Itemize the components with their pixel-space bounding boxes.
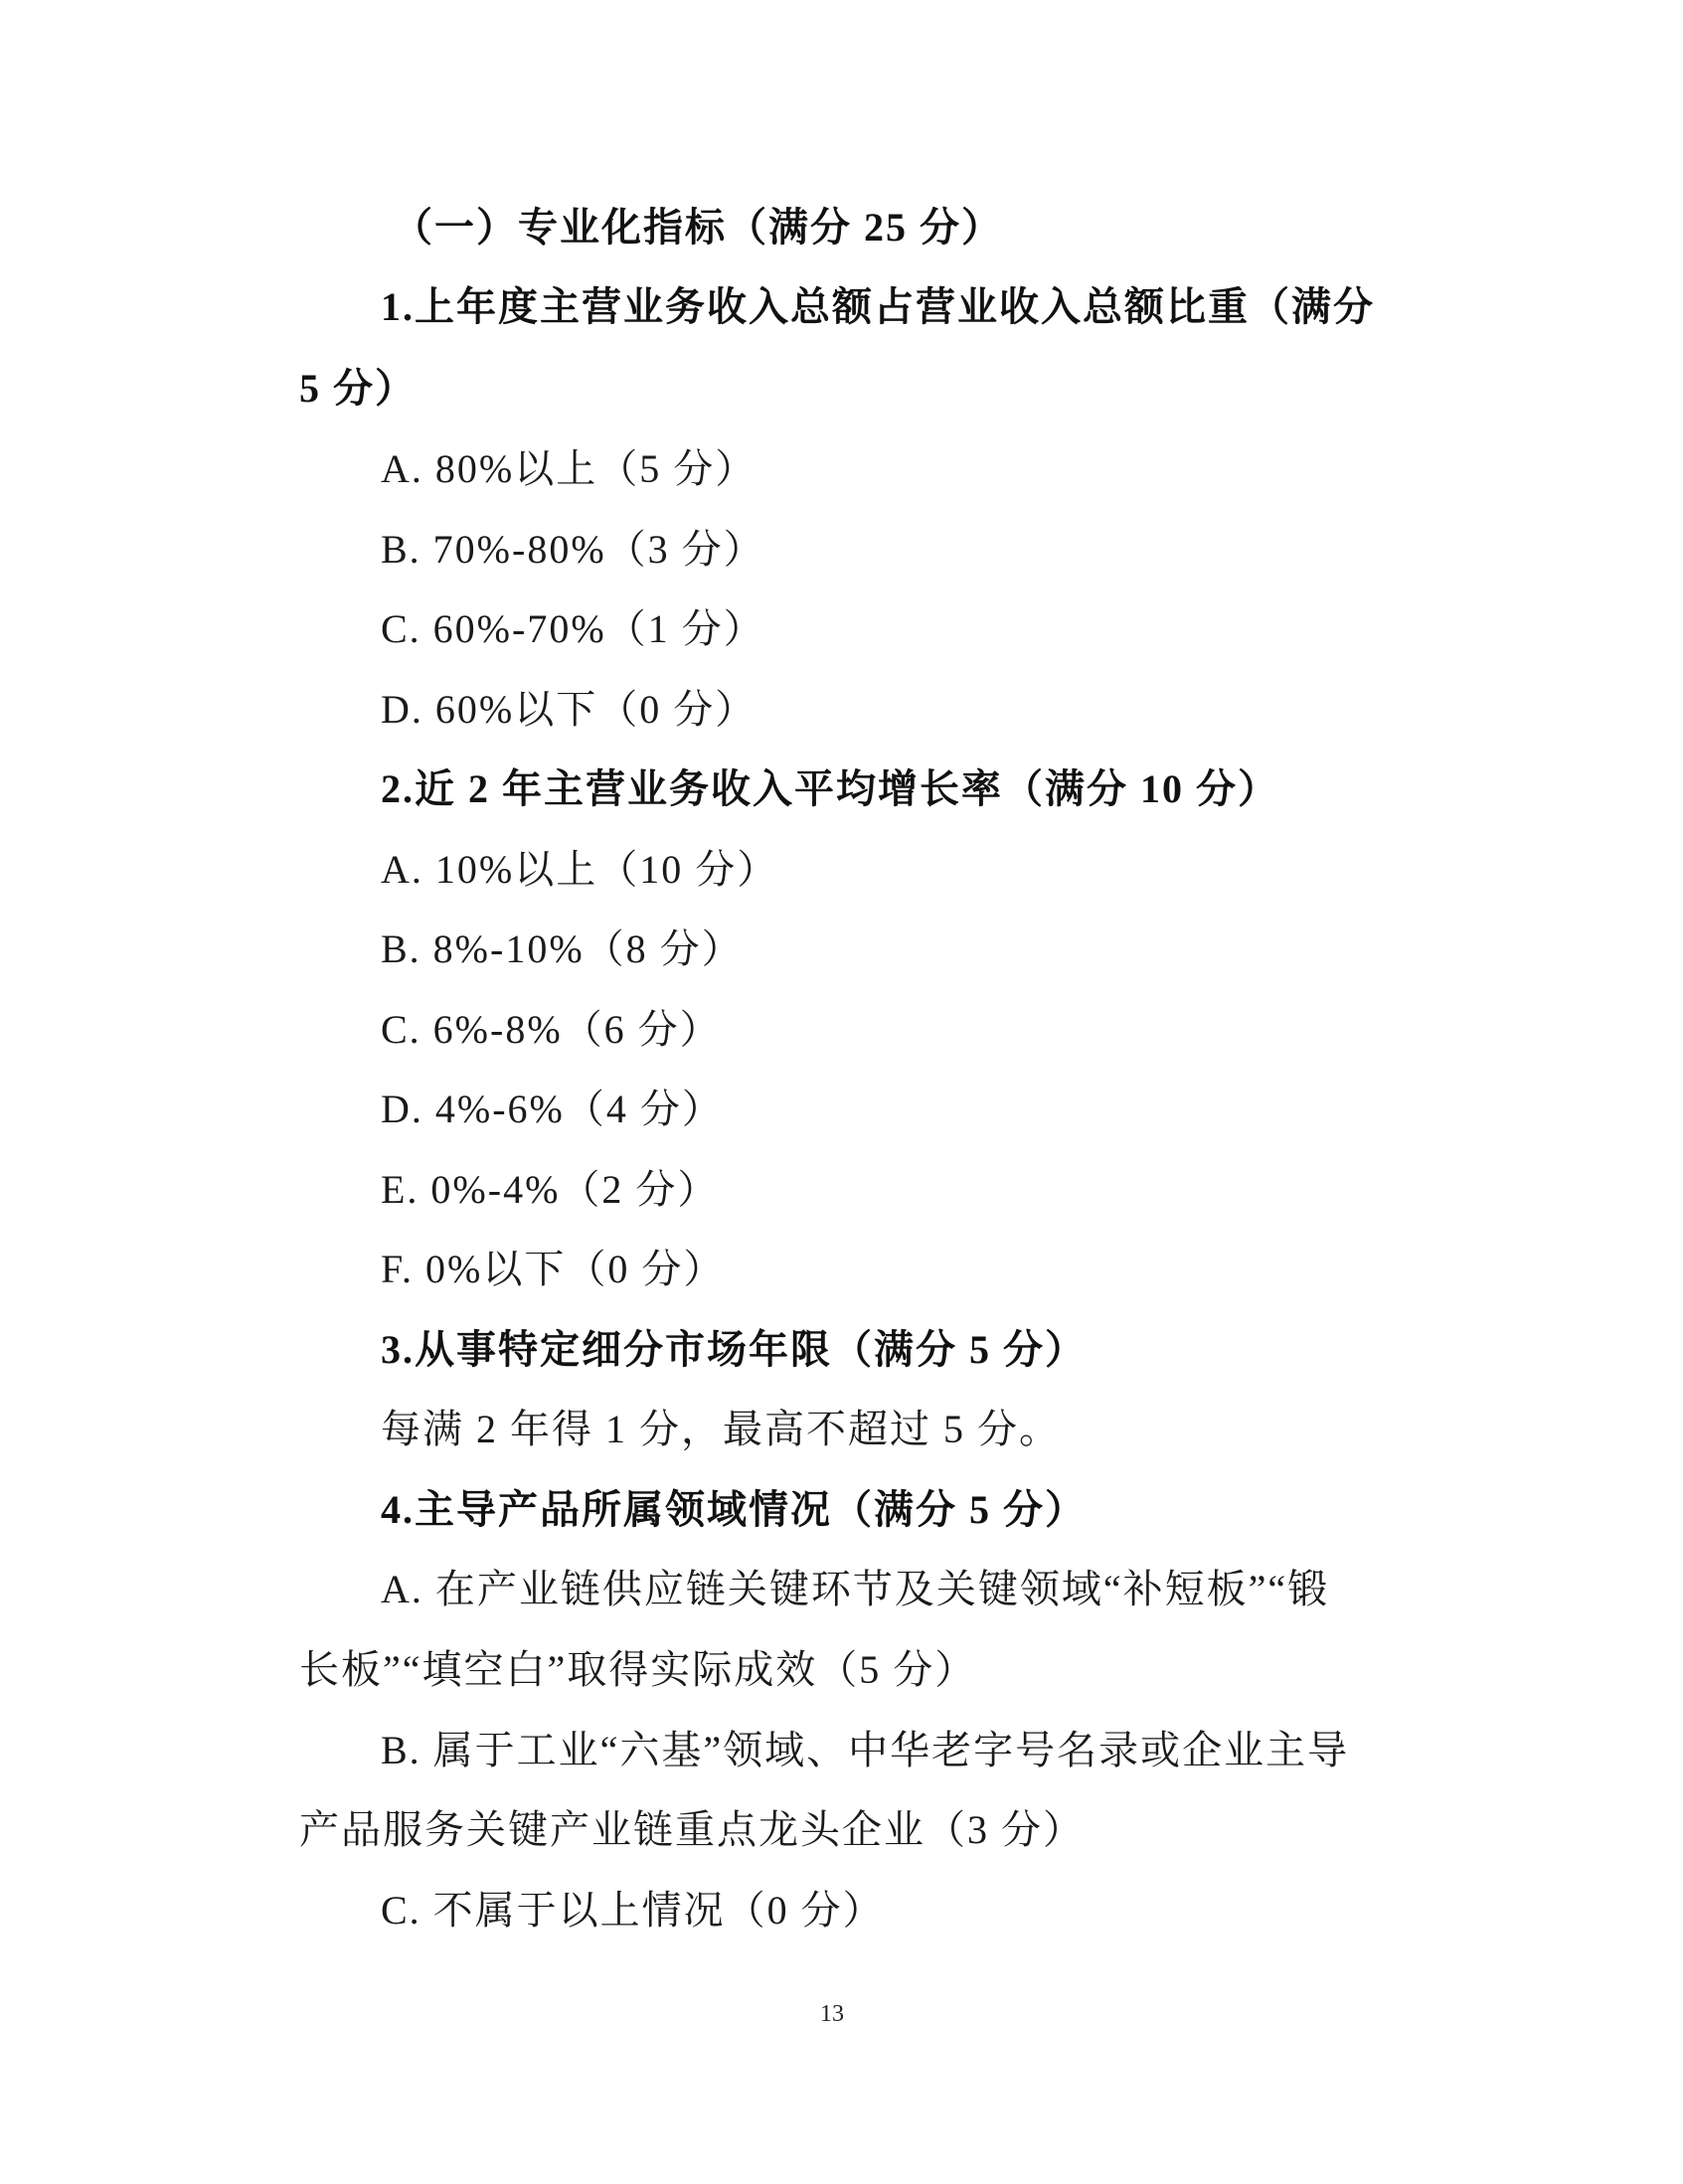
item-4-option-a: A. 在产业链供应链关键环节及关键领域“补短板”“锻 (381, 1562, 1474, 1617)
item-1-title-continued: 5 分） (299, 361, 1393, 417)
item-2-option-c: C. 6%-8%（6 分） (381, 1002, 1474, 1058)
document-page: （一）专业化指标（满分 25 分） 1.上年度主营业务收入总额占营业收入总额比重… (0, 0, 1683, 2184)
item-4-option-c: C. 不属于以上情况（0 分） (381, 1883, 1474, 1938)
item-2-option-e: E. 0%-4%（2 分） (381, 1162, 1474, 1218)
item-1-option-b: B. 70%-80%（3 分） (381, 522, 1474, 578)
item-1-option-a: A. 80%以上（5 分） (381, 441, 1474, 497)
item-4-option-a-continued: 长板”“填空白”取得实际成效（5 分） (299, 1642, 1393, 1698)
section-heading: （一）专业化指标（满分 25 分） (393, 200, 1486, 255)
item-1-option-d: D. 60%以下（0 分） (381, 682, 1474, 738)
item-3-title: 3.从事特定细分市场年限（满分 5 分） (381, 1322, 1474, 1378)
item-4-option-b-continued: 产品服务关键产业链重点龙头企业（3 分） (299, 1802, 1393, 1858)
item-2-title: 2.近 2 年主营业务收入平均增长率（满分 10 分） (381, 761, 1474, 817)
item-1-title: 1.上年度主营业务收入总额占营业收入总额比重（满分 (381, 279, 1474, 335)
item-2-option-b: B. 8%-10%（8 分） (381, 922, 1474, 977)
item-2-option-a: A. 10%以上（10 分） (381, 842, 1474, 898)
item-1-option-c: C. 60%-70%（1 分） (381, 601, 1474, 657)
item-4-option-b: B. 属于工业“六基”领域、中华老字号名录或企业主导 (381, 1723, 1474, 1778)
item-2-option-f: F. 0%以下（0 分） (381, 1242, 1474, 1297)
item-2-option-d: D. 4%-6%（4 分） (381, 1082, 1474, 1137)
item-3-body: 每满 2 年得 1 分，最高不超过 5 分。 (381, 1402, 1474, 1457)
item-4-title: 4.主导产品所属领域情况（满分 5 分） (381, 1482, 1474, 1538)
page-number: 13 (0, 1998, 1664, 2030)
